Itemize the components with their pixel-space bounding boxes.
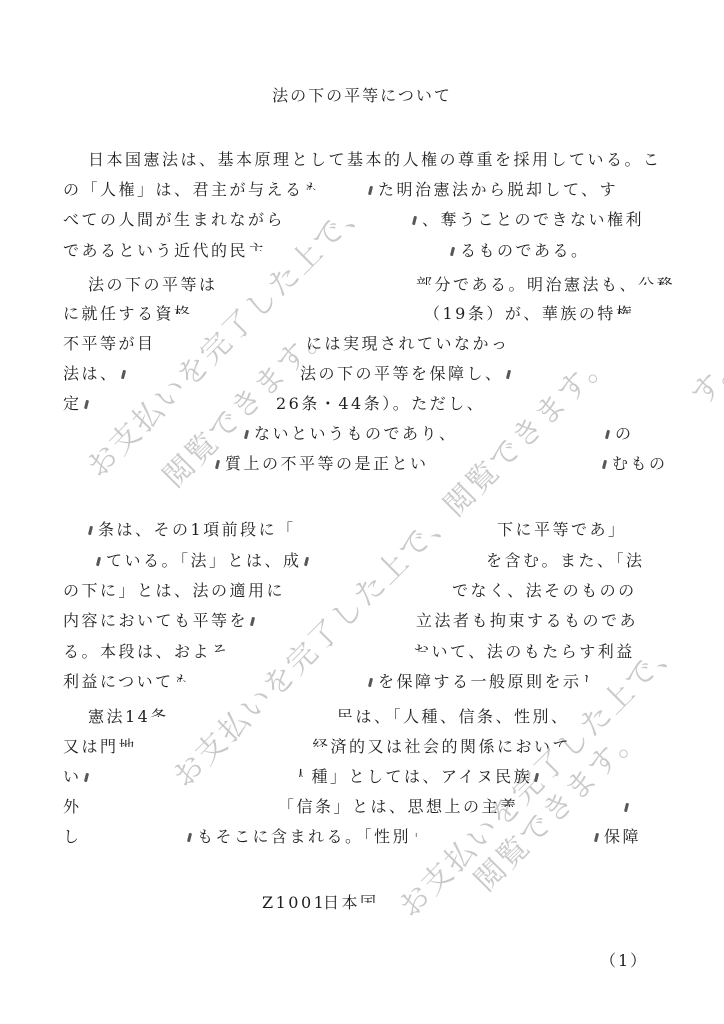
text-fragment: 条は、その1項前段に「 [86, 520, 296, 540]
partial-character: て [553, 737, 572, 747]
partial-character: 国 [360, 893, 379, 903]
partial-stroke-mark [594, 833, 599, 842]
partial-stroke-mark [83, 400, 88, 409]
text-fragment: おいて、法のもたらす利益 [413, 642, 635, 662]
partial-stroke-mark [215, 460, 220, 469]
partial-character: 格 [174, 304, 193, 314]
text-fragment: 、奪うことのできない権利 [410, 210, 644, 230]
text-fragment: ないというものであり、 [242, 424, 458, 444]
partial-character: 経 [312, 737, 331, 747]
partial-character: 公務 [638, 275, 675, 285]
partial-stroke-mark [412, 216, 417, 225]
partial-stroke-mark [450, 247, 455, 256]
text-fragment: に就任する資格 [63, 304, 193, 324]
text-fragment: 民は、「人種、信条、性別、 [337, 707, 570, 727]
text-fragment: には実現されていなかっ [306, 334, 510, 354]
partial-stroke-mark [244, 430, 249, 439]
text-fragment: の「人権」は、君主が与えるも [63, 180, 322, 200]
partial-character: し [582, 672, 601, 682]
text-fragment: を含む。また、「法 [486, 551, 645, 571]
text-fragment: Z1001 [262, 893, 326, 913]
text-fragment: 不平等が目 [63, 334, 156, 354]
text-fragment: もそこに含まれる。「性別」 [185, 827, 430, 847]
partial-character: 条 [150, 707, 169, 717]
partial-stroke-mark [602, 460, 607, 469]
text-fragment: 内容においても平等を [63, 611, 260, 631]
text-fragment: 「信条」とは、思想上の主義 [278, 797, 519, 817]
text-fragment: 外 [63, 797, 82, 817]
text-fragment: 経済的又は社会的関係において [312, 737, 571, 757]
text-fragment: 日本国 [323, 893, 379, 913]
partial-stroke-mark [368, 678, 373, 687]
partial-stroke-mark [303, 557, 308, 566]
partial-character: 民 [337, 707, 356, 717]
partial-stroke-mark [96, 557, 101, 566]
partial-character: 主 [248, 241, 267, 251]
text-fragment: 法は、 [63, 364, 131, 384]
text-fragment: 又は門地 [63, 737, 137, 757]
text-fragment: の下に」とは、法の適用に [63, 581, 285, 601]
partial-character: 義 [500, 797, 519, 807]
text-fragment: 人種」としては、アイヌ民族 [293, 767, 544, 787]
page-title: 法の下の平等について [0, 86, 724, 106]
partial-stroke-mark [505, 370, 510, 379]
partial-character: お [413, 642, 432, 652]
text-fragment: 下に平等であ」 [497, 520, 627, 540]
text-fragment: （19条）が、華族の特権 [424, 304, 634, 324]
text-fragment: 日本国憲法は、基本原理として基本的人権の尊重を採用している。こ [88, 150, 662, 170]
partial-stroke-mark [83, 773, 88, 782]
partial-stroke-mark [250, 617, 255, 626]
text-fragment [622, 797, 634, 817]
partial-character: 部 [416, 275, 435, 285]
text-fragment: ている。「法」とは、成 [94, 551, 314, 571]
partial-character: 権 [616, 304, 635, 314]
partial-character: そ [211, 642, 230, 652]
text-fragment: でなく、法そのものの [452, 581, 637, 601]
text-fragment: 利益についても [63, 672, 192, 692]
text-fragment: を保障する一般原則を示し [366, 672, 600, 692]
text-fragment: た明治憲法から脱却して、す [366, 180, 618, 200]
text-fragment: であるという近代的民主 [63, 241, 267, 261]
text-fragment: 26条・44条）。ただし、 [276, 394, 485, 414]
text-layer: 法の下の平等について （1） 日本国憲法は、基本原理として基本的人権の尊重を採用… [0, 0, 724, 1024]
partial-stroke-mark [368, 186, 373, 195]
text-fragment: 部分である。明治憲法も、公務 [416, 275, 675, 295]
partial-character: 人 [293, 767, 312, 777]
document-page: お支払いを完了した上で、閲覧できます。お支払いを完了した上で、閲覧できます。お支… [0, 0, 724, 1024]
text-fragment: し [63, 827, 82, 847]
partial-character: 地 [119, 737, 138, 747]
page-number: （1） [600, 951, 648, 971]
text-fragment: 保障 [592, 827, 641, 847]
text-fragment: 質上の不平等の是正とい [213, 454, 429, 474]
partial-character: も [174, 672, 193, 682]
text-fragment: 法の下の平等を保障し、 [300, 364, 516, 384]
text-fragment: 憲法14条 [88, 707, 169, 727]
text-fragment: の [603, 424, 634, 444]
text-fragment: むもの [600, 454, 668, 474]
text-fragment: 法の下の平等は [88, 275, 218, 295]
partial-stroke-mark [534, 773, 539, 782]
text-fragment: 立法者も拘束するものであ [416, 611, 638, 631]
partial-stroke-mark [624, 803, 629, 812]
partial-stroke-mark [187, 833, 192, 842]
partial-stroke-mark [88, 526, 93, 535]
text-fragment: る。本段は、およそ [63, 642, 230, 662]
text-fragment: い [63, 767, 94, 787]
partial-character: 」 [411, 827, 430, 837]
partial-stroke-mark [605, 430, 610, 439]
text-fragment: るものである。 [448, 241, 590, 261]
partial-stroke-mark [120, 370, 125, 379]
partial-character: も [304, 180, 323, 190]
text-fragment: べての人間が生まれながら [63, 210, 285, 230]
text-fragment: 定 [63, 394, 94, 414]
